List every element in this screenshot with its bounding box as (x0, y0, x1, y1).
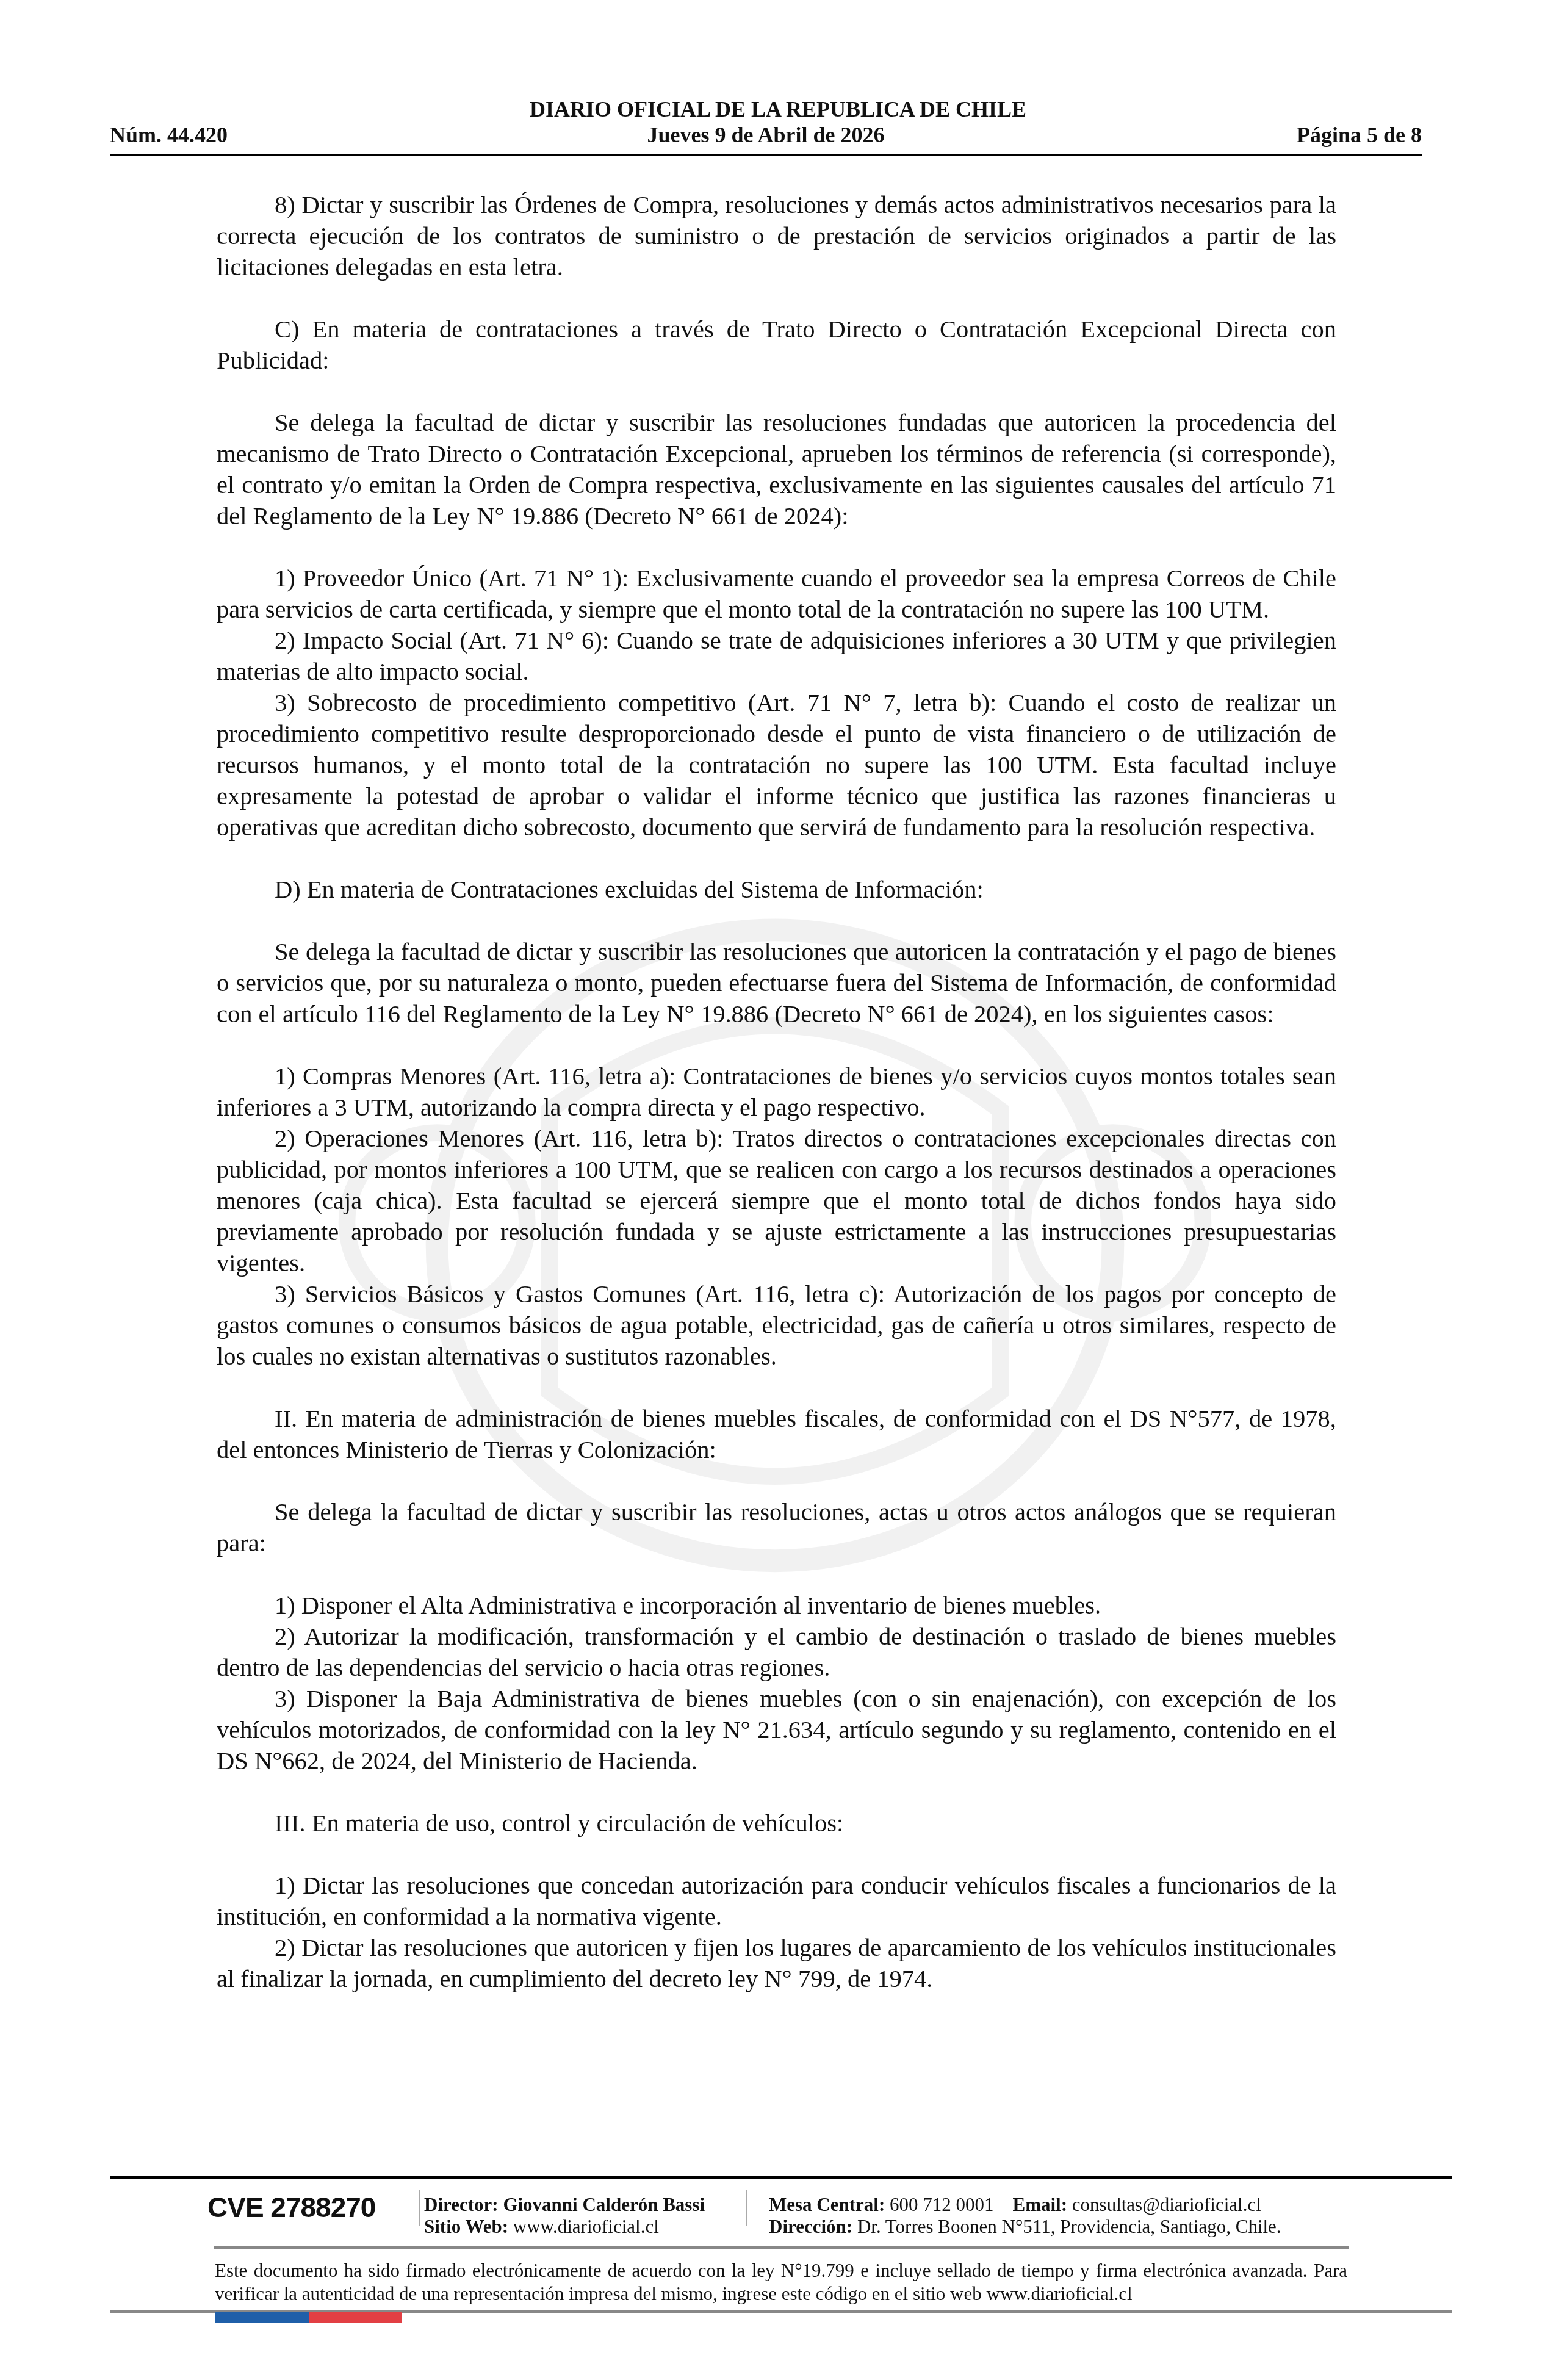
paragraph: 8) Dictar y suscribir las Órdenes de Com… (217, 189, 1336, 283)
cve-code: CVE 2788270 (207, 2191, 375, 2224)
issue-date: Jueves 9 de Abril de 2026 (110, 122, 1422, 148)
flag-stripe-red (309, 2312, 402, 2323)
paragraph: 2) Operaciones Menores (Art. 116, letra … (217, 1123, 1336, 1278)
paragraph: 2) Autorizar la modificación, transforma… (217, 1621, 1336, 1683)
paragraph: D) En materia de Contrataciones excluida… (217, 874, 1336, 905)
web-label: Sitio Web: (424, 2216, 508, 2237)
paragraph: 1) Proveedor Único (Art. 71 N° 1): Exclu… (217, 563, 1336, 625)
paragraph: Se delega la facultad de dictar y suscri… (217, 1496, 1336, 1559)
paragraph: C) En materia de contrataciones a través… (217, 314, 1336, 376)
web-link[interactable]: www.diarioficial.cl (513, 2216, 659, 2237)
director-label: Director: (424, 2194, 499, 2215)
phone-value: 600 712 0001 (890, 2194, 994, 2215)
email-label: Email: (1013, 2194, 1068, 2215)
page-indicator: Página 5 de 8 (1297, 122, 1422, 148)
paragraph: 2) Impacto Social (Art. 71 N° 6): Cuando… (217, 625, 1336, 687)
paragraph: 1) Disponer el Alta Administrativa e inc… (217, 1590, 1336, 1621)
paragraph: III. En materia de uso, control y circul… (217, 1808, 1336, 1839)
footer-divider-middle (214, 2246, 1349, 2249)
document-body: 8) Dictar y suscribir las Órdenes de Com… (217, 189, 1336, 1994)
publication-title: DIARIO OFICIAL DE LA REPUBLICA DE CHILE (0, 96, 1556, 122)
footer-separator (746, 2190, 747, 2226)
footer-separator (419, 2190, 420, 2226)
phone-label: Mesa Central: (769, 2194, 885, 2215)
paragraph: 1) Dictar las resoluciones que concedan … (217, 1870, 1336, 1932)
email-link[interactable]: consultas@diarioficial.cl (1072, 2194, 1261, 2215)
paragraph: 2) Dictar las resoluciones que autoricen… (217, 1932, 1336, 1994)
paragraph: II. En materia de administración de bien… (217, 1403, 1336, 1465)
footer-director-block: Director: Giovanni Calderón Bassi Sitio … (424, 2194, 705, 2238)
paragraph: 3) Disponer la Baja Administrativa de bi… (217, 1683, 1336, 1776)
header-divider (110, 154, 1422, 156)
paragraph: 3) Servicios Básicos y Gastos Comunes (A… (217, 1278, 1336, 1372)
paragraph: 3) Sobrecosto de procedimiento competiti… (217, 687, 1336, 843)
paragraph: 1) Compras Menores (Art. 116, letra a): … (217, 1061, 1336, 1123)
address-value: Dr. Torres Boonen N°511, Providencia, Sa… (857, 2216, 1281, 2237)
paragraph: Se delega la facultad de dictar y suscri… (217, 936, 1336, 1030)
paragraph: Se delega la facultad de dictar y suscri… (217, 407, 1336, 532)
flag-stripe-blue (215, 2312, 309, 2323)
director-name: Giovanni Calderón Bassi (503, 2194, 705, 2215)
header-row: Núm. 44.420 Jueves 9 de Abril de 2026 Pá… (110, 122, 1422, 149)
address-label: Dirección: (769, 2216, 852, 2237)
footer-divider-top (110, 2176, 1452, 2179)
signature-disclaimer: Este documento ha sido firmado electróni… (215, 2259, 1347, 2306)
footer-contact-block: Mesa Central: 600 712 0001 Email: consul… (769, 2194, 1281, 2238)
